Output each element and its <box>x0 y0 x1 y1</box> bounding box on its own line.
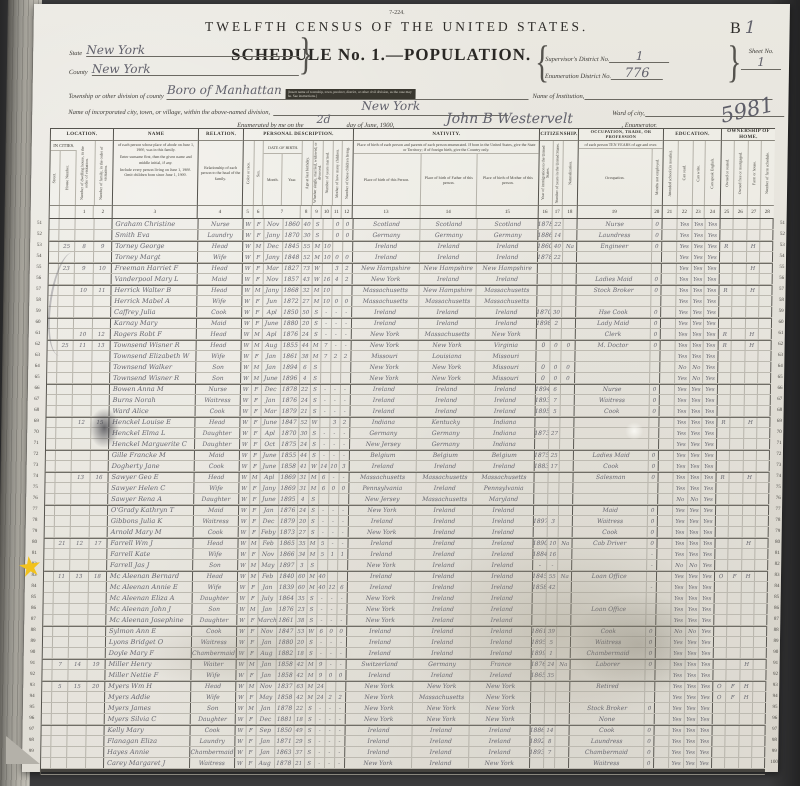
cell-by: 1876 <box>279 506 298 515</box>
cell-by: 1895 <box>279 494 298 504</box>
cell-by: 1879 <box>280 406 299 416</box>
census-row: Townsend WalkerSonWMJan18946SNew YorkNew… <box>47 362 771 373</box>
cell-sx: F <box>250 494 260 504</box>
cell-ag: 32 <box>301 286 312 295</box>
cell-o4 <box>760 264 773 273</box>
line-number: 98 <box>24 735 38 746</box>
cell-bm: Jan <box>262 351 281 361</box>
cell-oc <box>576 296 651 306</box>
cell-mr: S <box>313 219 323 229</box>
state-county-block: State New York County New York } <box>69 38 300 76</box>
table-bottom-rule <box>41 769 765 772</box>
cell-e2: Yes <box>677 252 692 262</box>
cell-rl: Head <box>196 341 241 350</box>
cell-ym: 10 <box>322 286 332 295</box>
cell-mc: - <box>330 439 340 449</box>
line-number: 94 <box>25 691 39 702</box>
line-number: 80 <box>770 537 784 548</box>
cell-na <box>560 483 574 493</box>
cell-iy <box>538 296 552 306</box>
cell-yu: 14 <box>545 726 556 735</box>
cell-o2 <box>728 549 742 559</box>
cell-sx: F <box>249 527 259 537</box>
cell-iy: 1883 <box>535 461 549 471</box>
cell-fa <box>91 451 109 460</box>
line-number: 68 <box>30 405 44 416</box>
cell-ym <box>323 230 333 240</box>
cell-fa <box>87 692 105 702</box>
line-number: 63 <box>773 350 787 361</box>
cell-cr: W <box>242 296 253 306</box>
cell-pf: New Hampshire <box>420 286 477 295</box>
cell-e4: Yes <box>697 747 712 757</box>
line-number: 65 <box>773 372 787 383</box>
cell-fa <box>90 483 108 493</box>
cell-ag: 27 <box>301 296 312 306</box>
cell-oc: Cook <box>570 726 645 735</box>
cell-na <box>562 319 576 328</box>
cell-hn <box>57 395 73 405</box>
cell-nm: Herrick Mabel A <box>111 296 197 306</box>
line-number: 91 <box>769 658 783 669</box>
cell-na <box>560 428 574 438</box>
cell-cl: 3 <box>339 461 349 471</box>
cell-pm: Germany <box>478 230 539 240</box>
cell-pm: Ireland <box>475 406 536 416</box>
line-number: 89 <box>26 636 40 647</box>
cell-rl: Laundry <box>198 230 243 240</box>
cell-sx: F <box>250 461 260 471</box>
line-number: 63 <box>30 350 44 361</box>
cell-e3: Yes <box>692 230 705 240</box>
cell-e4: Yes <box>705 242 720 251</box>
cell-nm: Mc Aleenan Eliza A <box>106 593 192 603</box>
cell-hn <box>53 627 69 636</box>
cell-rl: Head <box>195 418 240 427</box>
cell-ym: - <box>320 395 330 405</box>
cell-rl: Nurse <box>196 385 241 394</box>
cell-iy: 1860 <box>538 242 552 251</box>
cell-mc: - <box>330 395 340 405</box>
cell-e3: Yes <box>691 341 704 350</box>
cell-o2 <box>730 473 744 482</box>
cell-fa <box>86 747 104 757</box>
cell-e2: Yes <box>675 385 690 394</box>
cell-o3 <box>747 274 760 284</box>
cell-na <box>555 758 569 768</box>
cell-cr: W <box>241 385 252 394</box>
cell-mo: 0 <box>649 451 659 460</box>
line-number: 59 <box>774 306 788 317</box>
cell-dw: 13 <box>71 473 90 482</box>
group-nativity: NATIVITY. Place of birth of each person … <box>353 129 540 218</box>
cell-mo: 0 <box>648 506 658 515</box>
cell-yu: 27 <box>549 428 560 438</box>
cell-o4 <box>758 362 771 372</box>
cell-fa: 17 <box>89 539 107 548</box>
cell-by: 1839 <box>277 582 296 592</box>
cell-dw <box>71 494 90 504</box>
cell-st <box>45 527 55 537</box>
line-number: 74 <box>28 471 42 482</box>
cell-o2 <box>731 406 745 416</box>
cell-ym: - <box>319 451 329 460</box>
cell-o4 <box>759 307 772 317</box>
line-number: 80 <box>27 537 41 548</box>
cell-e4: Yes <box>702 418 717 427</box>
cell-e1 <box>659 461 674 471</box>
cell-pb: Ireland <box>353 242 421 251</box>
cell-by: 1848 <box>283 252 302 262</box>
cell-ag: 35 <box>297 539 308 548</box>
cell-e3: No <box>690 362 703 372</box>
cell-st <box>45 516 55 526</box>
cell-hn <box>54 549 70 559</box>
cell-e3: Yes <box>689 461 702 471</box>
cell-oc: Ladies Maid <box>577 274 652 284</box>
cell-o1 <box>719 307 732 317</box>
cell-mc: - <box>325 758 335 768</box>
line-number: 66 <box>30 383 44 394</box>
cell-e2: Yes <box>675 395 690 405</box>
cell-o4 <box>760 274 773 284</box>
line-number: 93 <box>25 680 39 691</box>
cell-mr: M <box>312 286 322 295</box>
line-number: 74 <box>771 471 785 482</box>
cell-o1 <box>718 385 731 394</box>
cell-e4: Yes <box>702 451 717 460</box>
group-occupation-title: OCCUPATION, TRADE, OR PROFESSION <box>579 129 663 141</box>
cell-mo: 0 <box>648 516 658 526</box>
cell-nm: Townsend Walker <box>110 362 196 372</box>
cell-rl: Daughter <box>194 494 239 504</box>
cell-sx: F <box>246 714 256 724</box>
cell-sx: F <box>246 747 256 757</box>
cell-mc: 0 <box>329 483 339 493</box>
cell-e1 <box>654 758 669 768</box>
cell-nm: Farrell Wm J <box>107 539 193 548</box>
cell-by: 1850 <box>282 307 301 317</box>
cell-bm: Mar <box>261 406 280 416</box>
cell-st <box>44 549 54 559</box>
line-number: 56 <box>775 273 789 284</box>
cell-cr: W <box>239 494 250 504</box>
cell-st <box>47 406 57 416</box>
census-row: Hayes AnnieChambermaidWFJan186337S---Ire… <box>41 747 765 758</box>
col-father-birthplace: Place of birth of Father of this person. <box>421 174 477 186</box>
cell-o1 <box>715 593 728 603</box>
cell-mc: - <box>325 703 335 713</box>
cell-o4 <box>756 506 769 515</box>
cell-mc: - <box>327 593 337 603</box>
cell-o3 <box>740 726 753 735</box>
cell-pm: Ireland <box>470 726 531 735</box>
cell-o4 <box>754 660 767 669</box>
cell-na <box>563 264 577 273</box>
cell-cl: - <box>335 726 345 735</box>
nativity-desc: Place of birth of each person and parent… <box>354 141 539 154</box>
cell-mo <box>650 373 660 383</box>
cell-mo <box>649 418 659 427</box>
line-number: 78 <box>771 515 785 526</box>
cell-o3: H <box>744 473 757 482</box>
cell-sx: F <box>248 582 258 592</box>
cell-rl: Head <box>193 539 238 548</box>
cell-iy: 1894 <box>536 385 550 394</box>
cell-ag: 24 <box>298 506 309 515</box>
cell-mo: 0 <box>644 736 654 746</box>
census-row: Henckel Marguerite CDaughterWFOct187524S… <box>46 439 770 450</box>
cell-fa <box>86 736 104 746</box>
cell-ym: 14 <box>319 461 329 471</box>
cell-o3 <box>744 439 757 449</box>
cell-e4: Yes <box>702 439 717 449</box>
cell-cr: W <box>243 252 254 262</box>
census-row: Henckel Elma LDaughterWFApl187030S---Ger… <box>46 428 770 439</box>
cell-pm: Ireland <box>477 274 538 284</box>
col-birthplace: Place of birth of this Person. <box>362 176 412 183</box>
cell-mr: S <box>305 714 315 724</box>
cell-o2 <box>731 373 745 383</box>
cell-ym: - <box>320 385 330 394</box>
cell-mc: - <box>331 319 341 328</box>
cell-na <box>556 736 570 746</box>
cell-iy: 1878 <box>538 252 552 262</box>
cell-mo: 0 <box>651 307 661 317</box>
cell-o2 <box>732 329 746 339</box>
cell-pb: Germany <box>350 428 418 438</box>
cell-hn <box>52 703 68 713</box>
cell-sx: F <box>251 395 261 405</box>
cell-o3: H <box>746 286 759 295</box>
in-cities-label: IN CITIES. <box>51 141 77 151</box>
cell-o3 <box>741 615 754 625</box>
line-number: 61 <box>774 328 788 339</box>
cell-mo: 0 <box>650 385 660 394</box>
cell-yu: 0 <box>550 362 561 372</box>
line-number: 84 <box>770 581 784 592</box>
cell-pb: Ireland <box>350 385 418 394</box>
cell-sx: F <box>253 319 263 328</box>
cell-o1 <box>715 549 728 559</box>
cell-ag: 24 <box>300 329 311 339</box>
cell-ym <box>320 418 330 427</box>
cell-o3 <box>740 670 753 680</box>
cell-st <box>46 428 56 438</box>
cell-hn <box>51 736 67 746</box>
colnum-11: 11 <box>332 206 342 218</box>
cell-fa <box>93 296 111 306</box>
cell-o1 <box>719 296 732 306</box>
cell-o1 <box>713 703 726 713</box>
cell-mc: - <box>331 341 341 350</box>
cell-e2: Yes <box>673 516 688 526</box>
cell-hn <box>53 604 69 614</box>
cell-pf: Ireland <box>420 274 477 284</box>
cell-e1 <box>658 506 673 515</box>
cell-hn <box>56 451 72 460</box>
cell-e2: Yes <box>674 451 689 460</box>
cell-o3: H <box>746 329 759 339</box>
cell-sx: M <box>252 373 262 383</box>
cell-pm: Ireland <box>477 242 538 251</box>
cell-hn <box>51 747 67 757</box>
cell-ym: 6 <box>319 483 329 493</box>
line-number: 58 <box>774 295 788 306</box>
cell-st <box>43 660 53 669</box>
cell-o4 <box>758 395 771 405</box>
line-number: 69 <box>772 416 786 427</box>
line-number: 75 <box>771 482 785 493</box>
cell-pb: New York <box>351 373 419 383</box>
cell-o4 <box>754 648 767 658</box>
cell-mc: 2 <box>331 351 341 361</box>
cell-mr: M <box>309 483 319 493</box>
cell-pf: Ireland <box>413 726 470 735</box>
cell-sx: M <box>248 604 258 614</box>
cell-oc: Nurse <box>575 385 650 394</box>
cell-o4 <box>757 418 770 427</box>
cell-o1 <box>713 670 726 680</box>
line-number: 64 <box>773 361 787 372</box>
cell-nm: Henckel Louise E <box>109 418 195 427</box>
cell-o2 <box>726 670 740 680</box>
cell-o2 <box>732 286 746 295</box>
line-number: 81 <box>27 548 41 559</box>
line-number: 55 <box>32 262 46 273</box>
cell-iy: 1897 <box>534 516 548 526</box>
cell-o4 <box>755 572 768 581</box>
cell-oc: Lady Maid <box>576 319 651 328</box>
cell-nm: Bowen Anna M <box>110 385 196 394</box>
line-number: 52 <box>775 229 789 240</box>
cell-hn: 11 <box>54 572 70 581</box>
cell-yu <box>549 483 560 493</box>
line-number: 54 <box>32 251 46 262</box>
cell-cr: W <box>240 406 251 416</box>
cell-dw <box>73 362 92 372</box>
colnum-28: 28 <box>761 206 774 218</box>
cell-cr: W <box>239 506 250 515</box>
cell-o4 <box>756 516 769 526</box>
cell-bm: Oct <box>261 439 280 449</box>
cell-nm: Karnay Mary <box>111 319 197 328</box>
cell-e4: Yes <box>703 362 718 372</box>
colnum-19: 19 <box>578 206 652 218</box>
cell-dw <box>67 758 86 768</box>
cell-cl: - <box>335 747 345 757</box>
cell-pb: Ireland <box>345 747 413 757</box>
cell-ym: - <box>315 758 325 768</box>
cell-ym: 16 <box>322 274 332 284</box>
cell-sx: M <box>254 242 264 251</box>
cell-rl: Maid <box>194 506 239 515</box>
cell-bm: Dec <box>264 242 283 251</box>
cell-mr: M <box>311 341 321 350</box>
enumerated-day: 2d <box>316 113 330 126</box>
cell-ag: 31 <box>298 473 309 482</box>
cell-e4: Yes <box>701 516 716 526</box>
cell-o4 <box>753 726 766 735</box>
cell-o3 <box>745 406 758 416</box>
cell-bm: Jan <box>256 747 275 757</box>
cell-sx: F <box>246 736 256 746</box>
cell-cl <box>338 560 348 570</box>
cell-fa <box>89 593 107 603</box>
group-ownership-title: OWNERSHIP OF HOME. <box>722 129 775 141</box>
cell-yu <box>552 286 563 295</box>
group-citizenship: CITIZENSHIP. Year of immigration to the … <box>539 129 579 218</box>
cell-e4: Yes <box>704 296 719 306</box>
colnum-16: 16 <box>539 206 553 218</box>
cell-o2 <box>728 539 742 548</box>
cell-pf: Massachusetts <box>417 494 474 504</box>
cell-st <box>46 461 56 471</box>
cell-o3: H <box>740 692 753 702</box>
cell-mo: 0 <box>651 341 661 350</box>
cell-na <box>563 274 577 284</box>
cell-o2 <box>730 418 744 427</box>
col-house-number: House Number. <box>65 165 70 190</box>
cell-e3: Yes <box>684 758 697 768</box>
cell-o1: R <box>719 286 732 295</box>
census-row: Sawyer Helen CWifeWFJany186931M600Pennsy… <box>45 483 769 494</box>
cell-e3: No <box>690 373 703 383</box>
cell-st <box>49 252 59 262</box>
cell-ym: 10 <box>322 296 332 306</box>
cell-yu: 30 <box>551 307 562 317</box>
line-number: 78 <box>28 515 42 526</box>
cell-ag: 55 <box>302 242 313 251</box>
cell-dw <box>69 637 88 647</box>
cell-ym: - <box>320 406 330 416</box>
cell-cl: 0 <box>339 483 349 493</box>
line-number: 79 <box>28 526 42 537</box>
cell-mr: S <box>311 329 321 339</box>
cell-o1 <box>715 560 728 570</box>
cell-mr: S <box>307 604 317 614</box>
cell-mo: 0 <box>651 329 661 339</box>
cell-bm: May <box>257 692 276 702</box>
cell-yu <box>548 494 559 504</box>
cell-rl: Son <box>193 560 238 570</box>
cell-by: 1876 <box>280 395 299 405</box>
cell-bm: Jany <box>264 230 283 240</box>
line-number: 87 <box>26 614 40 625</box>
cell-cl <box>339 494 349 504</box>
cell-hn <box>56 418 72 427</box>
cell-ym <box>321 362 331 372</box>
cell-st <box>47 362 57 372</box>
cell-e2: Yes <box>675 406 690 416</box>
cell-e1 <box>659 428 674 438</box>
cell-by: 1868 <box>282 286 301 295</box>
cell-by: 1878 <box>281 385 300 394</box>
cell-o1 <box>712 758 725 768</box>
cell-o2 <box>731 385 745 394</box>
cell-o3 <box>740 714 753 724</box>
cell-o1 <box>714 648 727 658</box>
cell-o3 <box>746 307 759 317</box>
cell-ym: - <box>315 747 325 757</box>
cell-e2: No <box>673 494 688 504</box>
cell-mo: 0 <box>644 747 654 757</box>
cell-na <box>562 307 576 317</box>
cell-bm: Jany <box>260 483 279 493</box>
cell-o1: O <box>713 692 726 702</box>
cell-by: 1840 <box>278 572 297 581</box>
cell-hn <box>54 560 70 570</box>
